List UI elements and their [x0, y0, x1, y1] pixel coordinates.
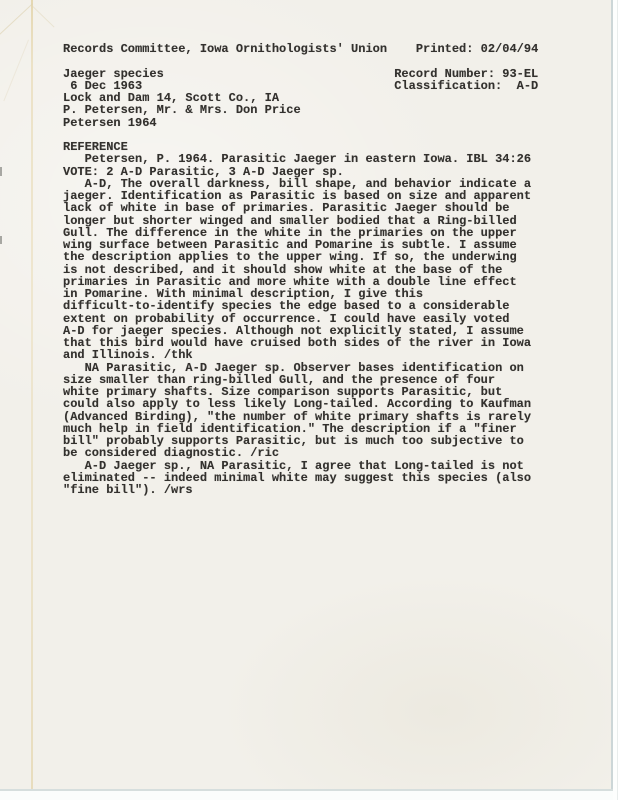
committee-title: Records Committee, Iowa Ornithologists' … — [63, 43, 387, 55]
paper-crease-diagonal — [32, 6, 54, 28]
header-row-title: Records Committee, Iowa Ornithologists' … — [63, 43, 538, 55]
comment-paragraph-ric: NA Parasitic, A-D Jaeger sp. Observer ba… — [63, 362, 539, 460]
scan-edge-mark — [0, 236, 2, 244]
document-line: A-D Jaeger sp., NA Parasitic, I agree th… — [63, 460, 539, 472]
vote-line: VOTE: 2 A-D Parasitic, 3 A-D Jaeger sp. — [63, 166, 539, 178]
blank-line — [63, 129, 539, 141]
document-line: NA Parasitic, A-D Jaeger sp. Observer ba… — [63, 362, 539, 374]
documentation: Petersen 1964 — [63, 117, 539, 129]
blank-line — [63, 55, 539, 67]
comment-paragraph-wrs: A-D Jaeger sp., NA Parasitic, I agree th… — [63, 460, 539, 497]
document-line: and Illinois. /thk — [63, 349, 539, 361]
observers: P. Petersen, Mr. & Mrs. Don Price — [63, 104, 539, 116]
document-line: lack of white in base of primaries. Para… — [63, 202, 539, 214]
document-line: the description applies to the upper win… — [63, 251, 539, 263]
printed-date: Printed: 02/04/94 — [416, 43, 538, 55]
document-line: is not described, and it should show whi… — [63, 264, 539, 276]
classification: Classification: A-D — [394, 80, 538, 92]
page-bottom-margin — [0, 791, 613, 800]
reference-citation: Petersen, P. 1964. Parasitic Jaeger in e… — [63, 153, 539, 165]
document-line: difficult-to-identify species the edge b… — [63, 300, 539, 312]
species-name: Jaeger species — [63, 68, 164, 80]
document-line: longer but shorter winged and smaller bo… — [63, 215, 539, 227]
document-line: "fine bill"). /wrs — [63, 484, 539, 496]
typewritten-text-block: Records Committee, Iowa Ornithologists' … — [63, 43, 539, 496]
paper-crease-diagonal — [3, 40, 29, 102]
header-row-species: Jaeger species Record Number: 93-EL — [63, 68, 538, 80]
comment-paragraph-thk: A-D, The overall darkness, bill shape, a… — [63, 178, 539, 362]
record-number: Record Number: 93-EL — [394, 68, 538, 80]
document-line: extent on probability of occurrence. I c… — [63, 313, 539, 325]
document-line: could also apply to less likely Long-tai… — [63, 398, 539, 410]
page-right-edge — [611, 0, 613, 792]
document-line: be considered diagnostic. /ric — [63, 447, 539, 459]
paper-crease-vertical — [31, 0, 33, 790]
scan-edge-mark — [0, 167, 2, 176]
document-line: (Advanced Birding), "the number of white… — [63, 411, 539, 423]
page-bottom-edge — [0, 789, 613, 791]
paper-crease-diagonal — [0, 3, 33, 35]
